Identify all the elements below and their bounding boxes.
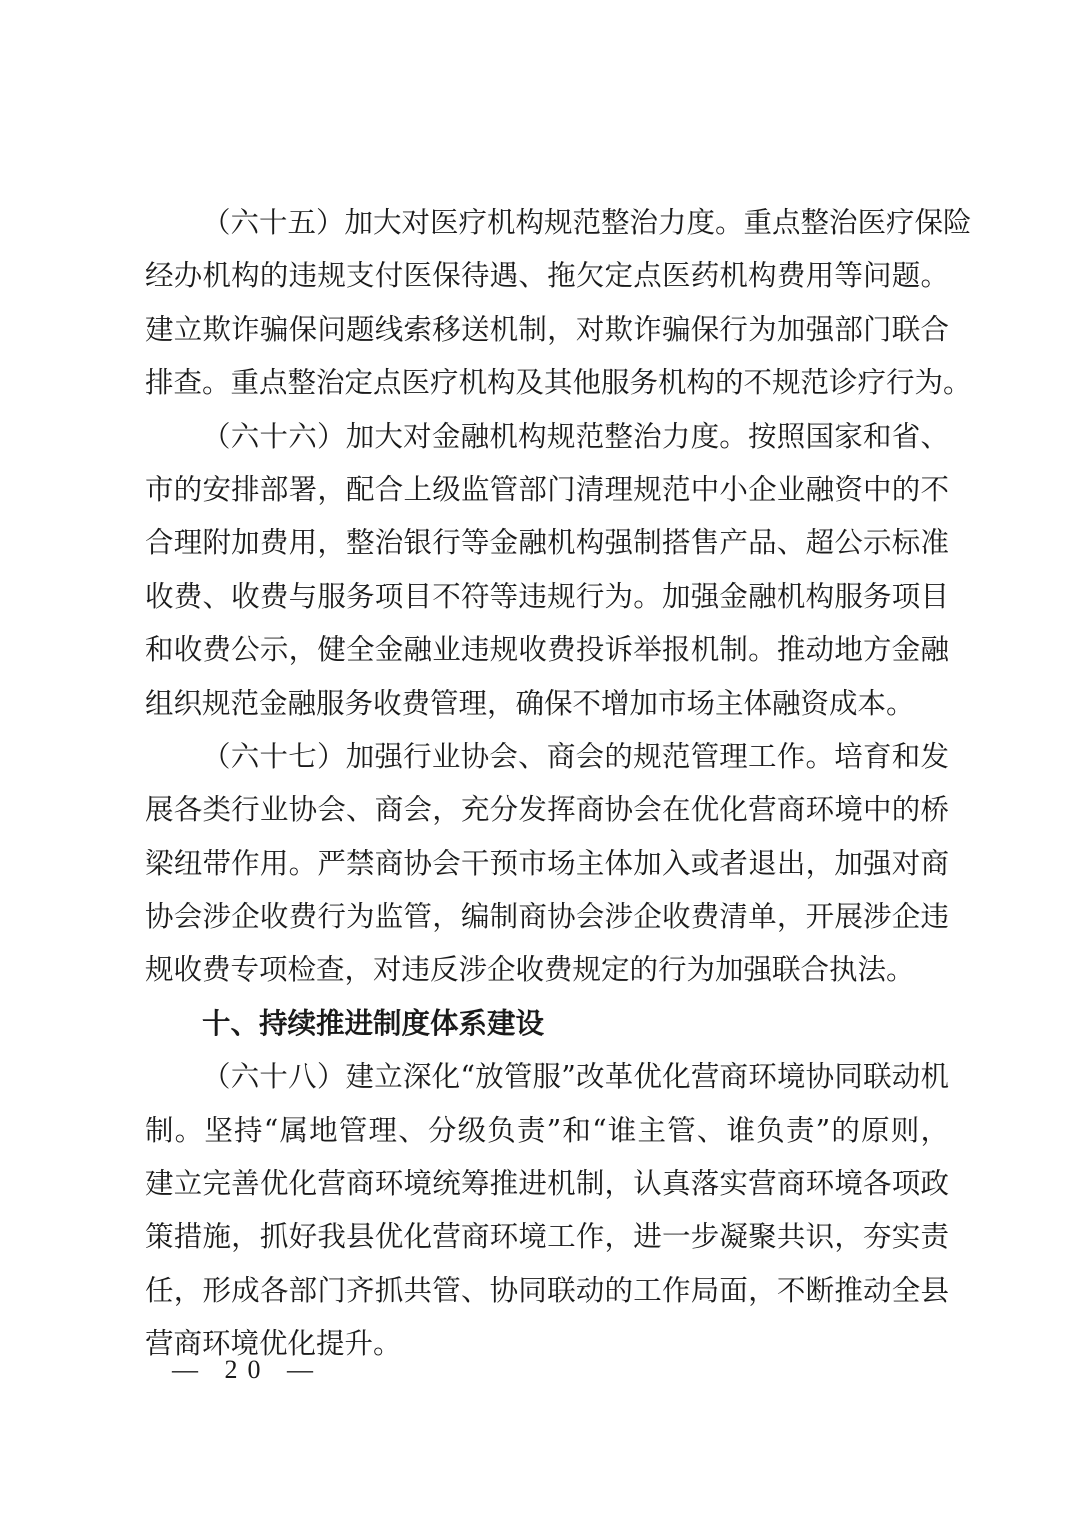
paragraph-line: （六十七）加强行业协会、商会的规范管理工作。培育和发 (145, 730, 949, 783)
paragraph-line: 任，形成各部门齐抓共管、协同联动的工作局面，不断推动全县 (145, 1264, 949, 1317)
section-heading: 十、持续推进制度体系建设 (145, 997, 949, 1050)
paragraph-line: 建立完善优化营商环境统筹推进机制，认真落实营商环境各项政 (145, 1157, 949, 1210)
paragraph-line: 建立欺诈骗保问题线索移送机制，对欺诈骗保行为加强部门联合 (145, 303, 949, 356)
paragraph-line: （六十五）加大对医疗机构规范整治力度。重点整治医疗保险 (145, 196, 949, 249)
paragraph-line: （六十六）加大对金融机构规范整治力度。按照国家和省、 (145, 410, 949, 463)
paragraph-line: 规收费专项检查，对违反涉企收费规定的行为加强联合执法。 (145, 943, 949, 996)
paragraph-line: 展各类行业协会、商会，充分发挥商协会在优化营商环境中的桥 (145, 783, 949, 836)
page-number: — 20 — (172, 1355, 323, 1385)
paragraph-line: 梁纽带作用。严禁商协会干预市场主体加入或者退出，加强对商 (145, 837, 949, 890)
paragraph-line: 合理附加费用，整治银行等金融机构强制搭售产品、超公示标准 (145, 516, 949, 569)
paragraph-line: 制。坚持“属地管理、分级负责”和“谁主管、谁负责”的原则， (145, 1104, 949, 1157)
paragraph-65: （六十五）加大对医疗机构规范整治力度。重点整治医疗保险 经办机构的违规支付医保待… (145, 196, 949, 410)
paragraph-line: 市的安排部署，配合上级监管部门清理规范中小企业融资中的不 (145, 463, 949, 516)
paragraph-line: （六十八）建立深化“放管服”改革优化营商环境协同联动机 (145, 1050, 949, 1103)
paragraph-line: 排查。重点整治定点医疗机构及其他服务机构的不规范诊疗行为。 (145, 356, 949, 409)
document-page: （六十五）加大对医疗机构规范整治力度。重点整治医疗保险 经办机构的违规支付医保待… (145, 196, 949, 1371)
paragraph-line: 收费、收费与服务项目不符等违规行为。加强金融机构服务项目 (145, 570, 949, 623)
paragraph-line: 协会涉企收费行为监管，编制商协会涉企收费清单，开展涉企违 (145, 890, 949, 943)
paragraph-line: 和收费公示，健全金融业违规收费投诉举报机制。推动地方金融 (145, 623, 949, 676)
paragraph-line: 经办机构的违规支付医保待遇、拖欠定点医药机构费用等问题。 (145, 249, 949, 302)
paragraph-66: （六十六）加大对金融机构规范整治力度。按照国家和省、 市的安排部署，配合上级监管… (145, 410, 949, 730)
paragraph-67: （六十七）加强行业协会、商会的规范管理工作。培育和发 展各类行业协会、商会，充分… (145, 730, 949, 997)
paragraph-line: 策措施，抓好我县优化营商环境工作，进一步凝聚共识，夯实责 (145, 1210, 949, 1263)
paragraph-68: （六十八）建立深化“放管服”改革优化营商环境协同联动机 制。坚持“属地管理、分级… (145, 1050, 949, 1370)
paragraph-line: 组织规范金融服务收费管理，确保不增加市场主体融资成本。 (145, 677, 949, 730)
